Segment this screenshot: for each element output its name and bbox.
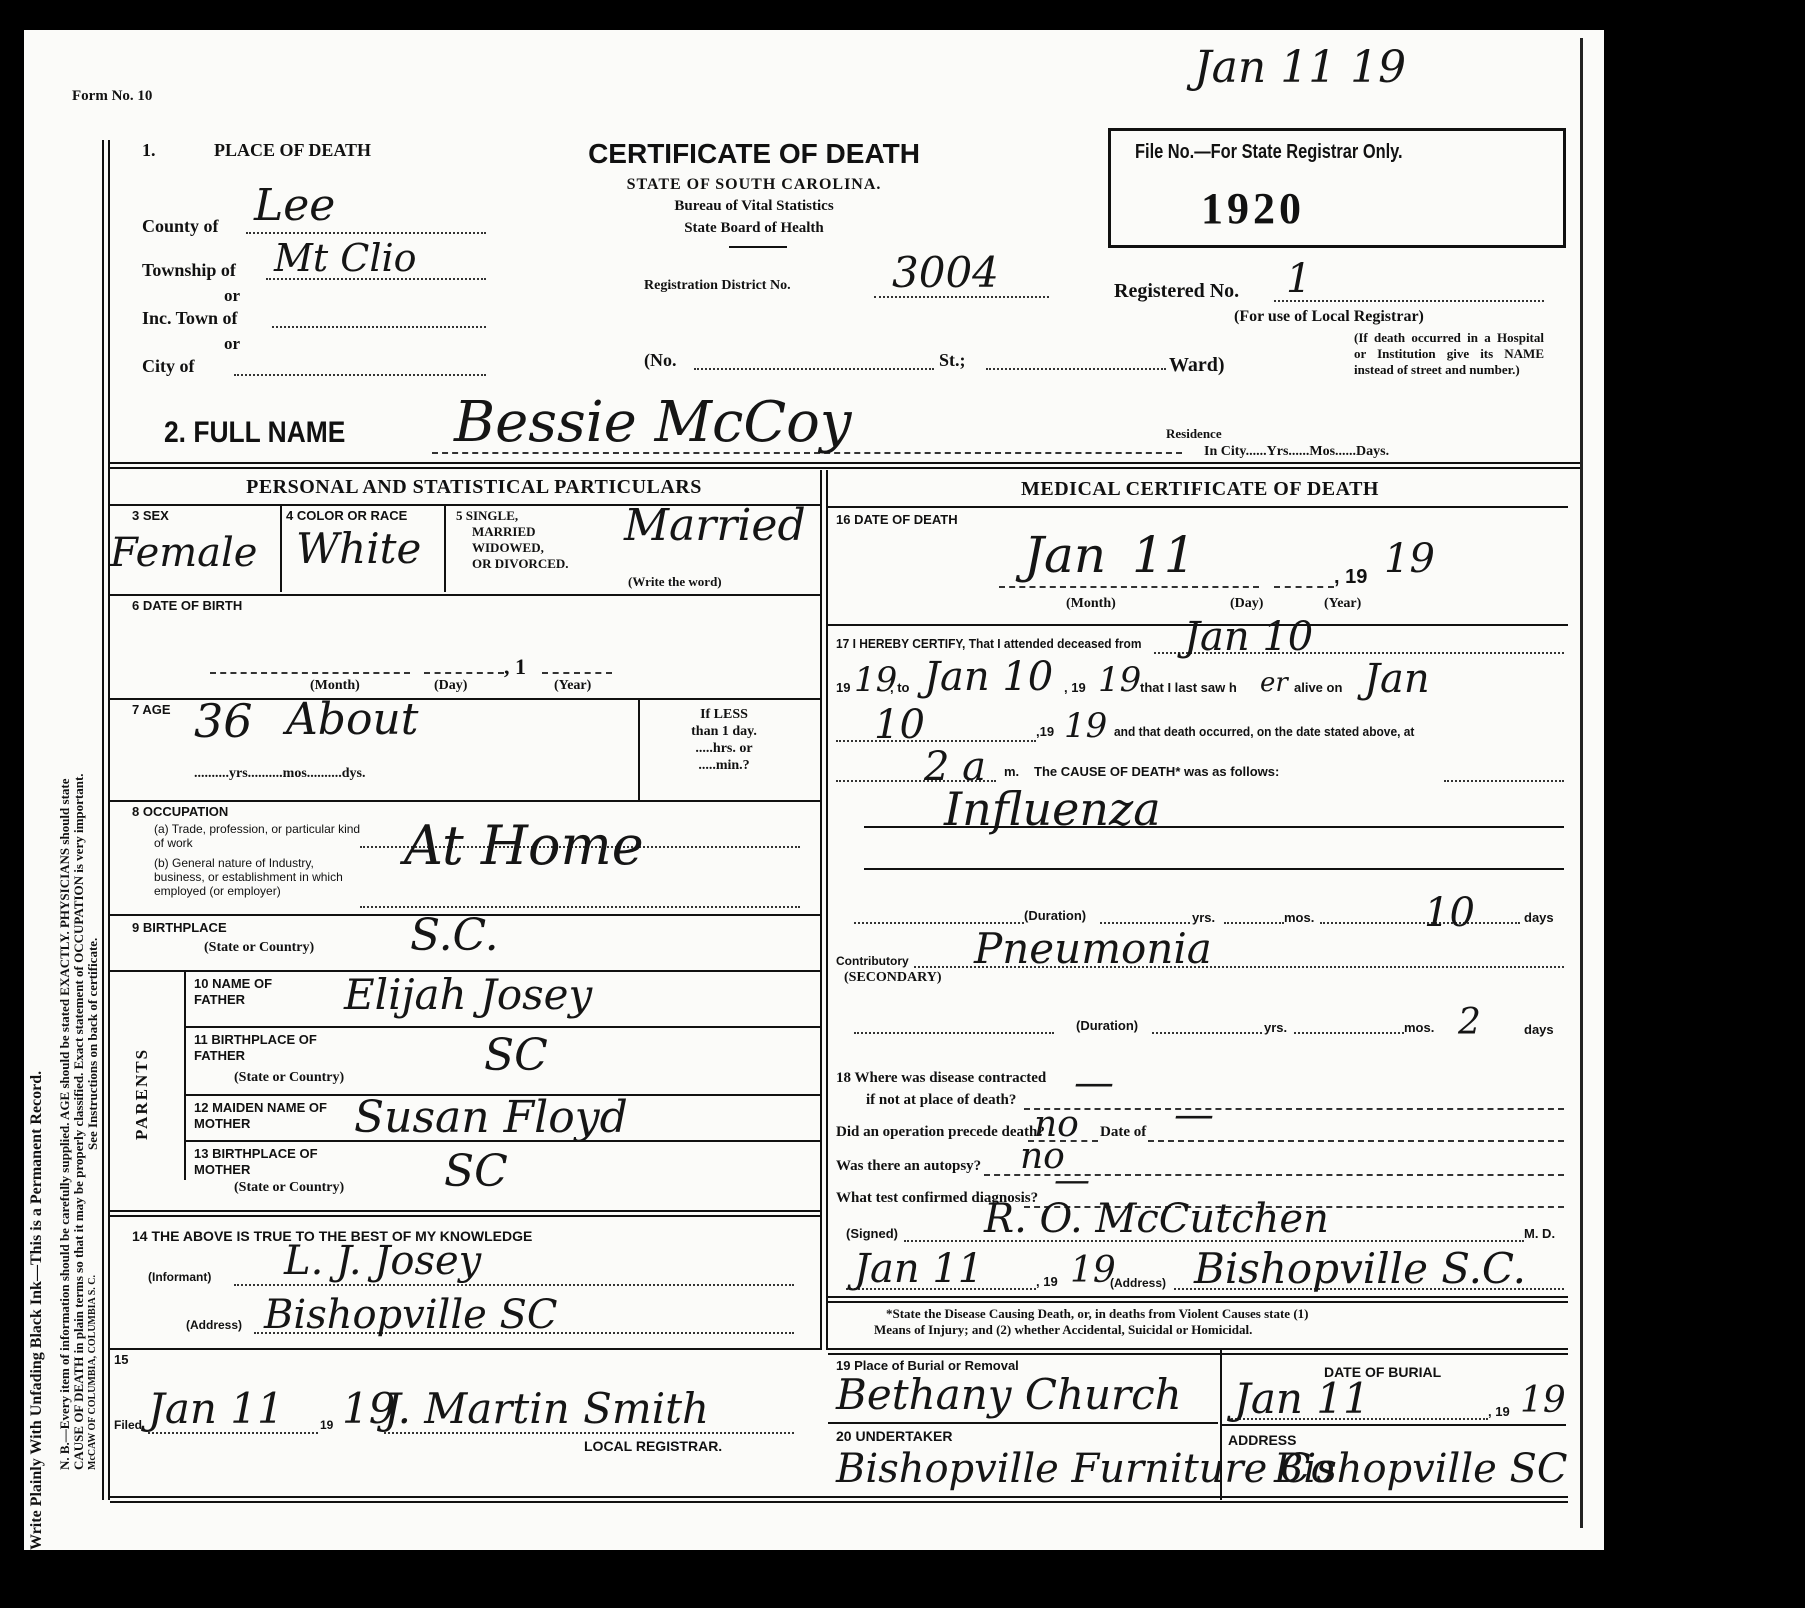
contrib-duration-days[interactable]: 2 (1458, 1002, 1481, 1043)
contracted-label-2: if not at place of death? (866, 1092, 1016, 1109)
street-no-line[interactable] (694, 368, 934, 370)
center-divider (820, 470, 822, 1350)
last-saw-month[interactable]: Jan (1364, 656, 1430, 702)
occupation-a-label: (a) Trade, profession, or particular kin… (154, 822, 364, 850)
marital-label-2: MARRIED (472, 524, 536, 540)
cause-label: The CAUSE OF DEATH* was as follows: (1034, 764, 1279, 779)
death-day-caption: (Day) (1230, 596, 1263, 612)
row-rule-13 (184, 1140, 820, 1142)
filed-date-value[interactable]: Jan 11 (148, 1384, 284, 1433)
section-divider (110, 462, 1580, 469)
certificate-title: CERTIFICATE OF DEATH (564, 138, 944, 170)
occupation-value[interactable]: At Home (404, 814, 644, 877)
contrib-duration-label: (Duration) (1076, 1018, 1138, 1033)
attended-to-value[interactable]: Jan 10 (924, 654, 1053, 700)
cause-label-line (1444, 780, 1564, 782)
contrib-duration-yrs-label: yrs. (1264, 1020, 1287, 1035)
cause-duration-yrs-label: yrs. (1192, 910, 1215, 925)
secondary-label: (SECONDARY) (844, 970, 942, 986)
dob-year-prefix: , 1 (504, 654, 526, 680)
last-saw-year-prefix: ,19 (1036, 724, 1054, 739)
contributory-label: Contributory (836, 954, 909, 968)
ward-label: Ward) (1169, 354, 1225, 377)
medical-footnote-rule (828, 1296, 1568, 1303)
informant-value[interactable]: L. J. Josey (284, 1238, 481, 1284)
last-saw-label: that I last saw h (1140, 680, 1237, 695)
sex-value[interactable]: Female (110, 530, 257, 576)
street-no-label: (No. (644, 350, 677, 371)
title-rule (729, 246, 787, 248)
medical-heading: MEDICAL CERTIFICATE OF DEATH (830, 478, 1570, 501)
inc-town-label: Inc. Town of (142, 308, 238, 329)
contracted-label-1: 18 Where was disease contracted (836, 1070, 1046, 1087)
contrib-duration-yrs-line[interactable] (1152, 1032, 1262, 1034)
personal-heading: PERSONAL AND STATISTICAL PARTICULARS (144, 476, 804, 499)
registrar-label: LOCAL REGISTRAR. (584, 1438, 722, 1454)
county-value[interactable]: Lee (254, 180, 335, 231)
marital-label-3: WIDOWED, (472, 540, 544, 556)
right-page-edge (1580, 38, 1583, 1528)
death-year-value[interactable]: 19 (1384, 536, 1435, 582)
mother-birthplace-hint: (State or Country) (234, 1180, 344, 1196)
cause-duration-mos-label: mos. (1284, 910, 1314, 925)
mother-birthplace-value[interactable]: SC (444, 1146, 508, 1197)
mother-label: 12 MAIDEN NAME OF MOTHER (194, 1100, 354, 1132)
row-rule-6 (110, 594, 820, 596)
city-label: City of (142, 356, 195, 377)
row-rule-11 (184, 1026, 820, 1028)
marital-label-1: 5 SINGLE, (456, 508, 518, 524)
left-border (102, 140, 104, 1500)
residence-label: Residence (1166, 426, 1222, 442)
certify-label: 17 I HEREBY CERTIFY, That I attended dec… (836, 636, 1142, 651)
attended-to-year[interactable]: 19 (1098, 660, 1141, 700)
death-day-value[interactable]: 11 (1132, 526, 1196, 584)
occupation-b-label: (b) General nature of Industry, business… (154, 856, 364, 898)
hospital-note: (If death occurred in a Hospital or Inst… (1354, 330, 1544, 378)
mother-birthplace-label: 13 BIRTHPLACE OF MOTHER (194, 1146, 334, 1178)
contributory-value[interactable]: Pneumonia (974, 924, 1212, 973)
age-units: ..........yrs..........mos..........dys. (194, 766, 366, 782)
attended-to-year-prefix: , 19 (1064, 680, 1086, 695)
township-value[interactable]: Mt Clio (274, 236, 417, 280)
alive-on-label: alive on (1294, 680, 1342, 695)
center-divider-inner (826, 470, 828, 1350)
row-rule-8 (110, 800, 820, 802)
death-year-caption: (Year) (1324, 596, 1361, 612)
death-year-prefix: , 19 (1334, 566, 1367, 589)
contrib-duration-lead (854, 1032, 1054, 1034)
test-value[interactable]: — (1054, 1160, 1090, 1201)
if-less-line-1: If LESS (644, 706, 804, 723)
sign-year-prefix: , 19 (1036, 1274, 1058, 1289)
place-section-number: 1. (142, 140, 156, 161)
dob-label: 6 DATE OF BIRTH (132, 598, 242, 613)
sign-year-value[interactable]: 19 (1070, 1250, 1116, 1291)
county-label: County of (142, 216, 219, 237)
marital-value[interactable]: Married (624, 500, 806, 551)
cause-line-2 (864, 868, 1564, 870)
undertaker-value[interactable]: Bishopville Furniture Co (836, 1446, 1335, 1492)
dob-day-caption: (Day) (434, 678, 467, 694)
death-month-value[interactable]: Jan (1024, 526, 1106, 584)
time-suffix: m. (1004, 764, 1019, 779)
cause-duration-days[interactable]: 10 (1424, 890, 1475, 936)
burial-year-value[interactable]: 19 (1520, 1380, 1566, 1421)
signed-value[interactable]: R. O. McCutchen (984, 1196, 1329, 1242)
file-number-box: File No.—For State Registrar Only. 1920 (1108, 128, 1566, 248)
contrib-duration-mos-line[interactable] (1294, 1032, 1404, 1034)
burial-date-rule (1220, 1424, 1566, 1426)
filing-section-number: 15 (114, 1352, 128, 1367)
mother-value[interactable]: Susan Floyd (354, 1092, 628, 1143)
side-note-outer: Write Plainly With Unfading Black Ink—Th… (30, 1071, 43, 1550)
form-number: Form No. 10 (72, 88, 152, 105)
bureau-name: Bureau of Vital Statistics (564, 198, 944, 215)
street-label: St.; (939, 350, 966, 371)
ward-line[interactable] (986, 368, 1166, 370)
dob-day-line[interactable] (424, 672, 504, 674)
sex-divider (280, 506, 282, 592)
age-years-value[interactable]: 36 (194, 694, 253, 748)
autopsy-label: Was there an autopsy? (836, 1158, 981, 1175)
contrib-duration-mos-label: mos. (1404, 1020, 1434, 1035)
burial-date-value[interactable]: Jan 11 (1234, 1374, 1370, 1423)
father-label: 10 NAME OF FATHER (194, 976, 324, 1008)
side-note-line3: See Instructions on back of certificate. (86, 938, 99, 1150)
undertaker-label: 20 UNDERTAKER (836, 1428, 952, 1444)
certificate-paper: Form No. 10 Jan 11 19 Write Plainly With… (24, 30, 1604, 1550)
local-registrar-note: (For use of Local Registrar) (1234, 308, 1424, 326)
cause-duration-days-label: days (1524, 910, 1554, 925)
file-number-label: File No.—For State Registrar Only. (1135, 141, 1403, 164)
undertaker-address-value[interactable]: Bishopville SC (1274, 1446, 1568, 1492)
birthplace-label: 9 BIRTHPLACE (132, 920, 227, 935)
sign-date-value[interactable]: Jan 11 (854, 1246, 983, 1292)
registration-district-label: Registration District No. (644, 278, 791, 294)
medical-heading-rule (828, 506, 1568, 508)
sign-address-label: (Address) (1110, 1276, 1166, 1290)
last-saw-day-line (836, 740, 1036, 742)
age-label: 7 AGE (132, 702, 171, 717)
township-label: Township of (142, 260, 236, 281)
operation-label: Did an operation precede death? (836, 1124, 1045, 1141)
cause-duration-mos-line[interactable] (1224, 922, 1284, 924)
or-label-1: or (224, 286, 240, 306)
operation-date-label: Date of (1100, 1124, 1146, 1141)
contracted-value[interactable]: — (1074, 1060, 1114, 1106)
death-month-caption: (Month) (1066, 596, 1116, 612)
or-label-2: or (224, 334, 240, 354)
father-value[interactable]: Elijah Josey (344, 970, 592, 1019)
registrar-value[interactable]: J. Martin Smith (384, 1384, 709, 1433)
filed-label: Filed (114, 1418, 142, 1432)
cause-line-1 (864, 826, 1564, 828)
age-divider (638, 700, 640, 800)
registered-no-value[interactable]: 1 (1286, 256, 1311, 302)
dob-year-caption: (Year) (554, 678, 591, 694)
burial-place-rule (828, 1422, 1218, 1424)
footnote-line-2: Means of Injury; and (2) whether Acciden… (874, 1322, 1252, 1338)
attended-from-value[interactable]: Jan 10 (1184, 614, 1313, 660)
registration-district-value[interactable]: 3004 (892, 248, 999, 297)
burial-year-prefix: , 19 (1488, 1404, 1510, 1419)
dob-year-line[interactable] (542, 672, 612, 674)
informant-address-label: (Address) (186, 1318, 242, 1332)
bottom-rule (110, 1496, 1568, 1503)
birthplace-value[interactable]: S.C. (410, 910, 499, 961)
registered-no-label: Registered No. (1114, 280, 1239, 303)
side-note-printer: McCAW OF COLUMBIA, COLUMBIA S. C. (86, 1275, 99, 1470)
full-name-value[interactable]: Bessie McCoy (454, 390, 852, 455)
state-name: STATE OF SOUTH CAROLINA. (564, 176, 944, 194)
full-name-label: 2. FULL NAME (164, 416, 345, 450)
last-saw-year[interactable]: 19 (1064, 706, 1107, 746)
dob-month-line[interactable] (210, 672, 410, 674)
operation-date-value[interactable]: — (1174, 1092, 1214, 1138)
inc-town-line[interactable] (272, 326, 486, 328)
death-occurred-label: and that death occurred, on the date sta… (1114, 724, 1414, 739)
parents-label: PARENTS (132, 1048, 152, 1140)
informant-address-value[interactable]: Bishopville SC (264, 1292, 558, 1338)
footnote-line-1: *State the Disease Causing Death, or, in… (886, 1306, 1309, 1322)
color-value[interactable]: White (296, 524, 421, 573)
dob-month-caption: (Month) (310, 678, 360, 694)
cause-duration-days-line (1320, 922, 1520, 924)
contrib-duration-days-label: days (1524, 1022, 1554, 1037)
sex-label: 3 SEX (132, 508, 169, 523)
attended-year-prefix: 19 (836, 680, 850, 695)
death-month-line (999, 586, 1259, 588)
if-less-line-2: than 1 day. (644, 723, 804, 740)
color-label: 4 COLOR OR RACE (286, 508, 407, 523)
top-date-annotation: Jan 11 19 (1194, 42, 1406, 93)
burial-rule (828, 1348, 1568, 1355)
occupation-b-line (360, 906, 800, 908)
father-birthplace-value[interactable]: SC (484, 1030, 548, 1081)
sign-address-value[interactable]: Bishopville S.C. (1194, 1244, 1526, 1293)
last-saw-day[interactable]: 10 (874, 702, 925, 748)
residence-line: In City......Yrs......Mos......Days. (1204, 444, 1389, 460)
last-saw-pronoun[interactable]: er (1260, 668, 1288, 698)
file-number-value: 1920 (1201, 183, 1305, 234)
side-note-line2: CAUSE OF DEATH in plain terms so that it… (72, 773, 85, 1470)
place-of-death-heading: PLACE OF DEATH (214, 140, 371, 161)
filed-year-prefix: 19 (320, 1418, 333, 1432)
operation-date-line (1148, 1140, 1564, 1142)
signed-label: (Signed) (846, 1226, 898, 1241)
cause-duration-label: (Duration) (1024, 908, 1086, 923)
parents-divider (184, 972, 186, 1180)
contracted-line (1024, 1108, 1564, 1110)
row-rule-14 (110, 1210, 820, 1217)
row-rule-15 (110, 1348, 820, 1350)
birthplace-hint: (State or Country) (204, 940, 314, 956)
death-day-line (1274, 586, 1334, 588)
occupation-label: 8 OCCUPATION (132, 804, 228, 819)
side-note-line1: N. B.—Every item of information should b… (58, 778, 71, 1470)
date-of-death-label: 16 DATE OF DEATH (836, 512, 958, 527)
informant-line (234, 1284, 794, 1286)
age-note-value[interactable]: About (286, 694, 418, 745)
if-less-note: If LESS than 1 day. .....hrs. or .....mi… (644, 706, 804, 774)
left-border-inner (108, 140, 110, 1500)
color-divider (444, 506, 446, 592)
county-line (246, 232, 486, 234)
md-label: M. D. (1524, 1226, 1555, 1241)
informant-label: (Informant) (148, 1270, 211, 1284)
father-birthplace-label: 11 BIRTHPLACE OF FATHER (194, 1032, 334, 1064)
board-name: State Board of Health (564, 220, 944, 237)
registered-no-line (1274, 300, 1544, 302)
if-less-line-3: .....hrs. or (644, 740, 804, 757)
city-line[interactable] (234, 374, 486, 376)
marital-label-4: OR DIVORCED. (472, 556, 569, 572)
to-label: , to (890, 680, 910, 695)
marital-hint: (Write the word) (628, 574, 722, 590)
father-birthplace-hint: (State or Country) (234, 1070, 344, 1086)
if-less-line-4: .....min.? (644, 757, 804, 774)
burial-place-value[interactable]: Bethany Church (836, 1370, 1182, 1419)
